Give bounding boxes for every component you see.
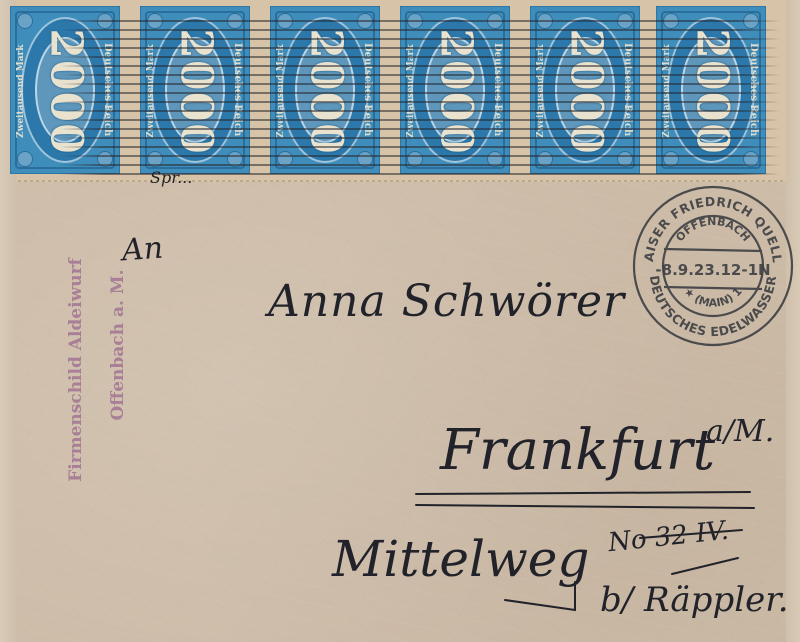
postmark: KAISER FRIEDRICH QUELLE DEUTSCHES EDELWA… <box>630 183 796 349</box>
care-of-line: b/ Räppler. <box>600 580 789 620</box>
salutation: An <box>121 231 164 269</box>
stamp-value: 2000 <box>301 28 352 154</box>
house-number: No 32 IV. <box>607 516 730 558</box>
postal-cover: Deutsches ReichZweitausend Mark2000Deuts… <box>0 0 800 642</box>
postmark-date: -8.9.23.12-1N <box>655 261 770 279</box>
destination-city: Frankfurt <box>440 418 715 483</box>
street-name: Mittelweg <box>332 530 589 588</box>
postage-stamp: Deutsches ReichZweitausend Mark2000 <box>530 6 640 174</box>
postmark-inner-top: OFFENBACH <box>673 215 752 244</box>
handwritten-note-top: Spr... <box>150 168 192 187</box>
postage-stamp: Deutsches ReichZweitausend Mark2000 <box>270 6 380 174</box>
sender-name: Firmenschild Aldeiwurf <box>66 230 86 510</box>
destination-city-suffix: a/M. <box>706 414 774 449</box>
postage-stamp: Deutsches ReichZweitausend Mark2000 <box>400 6 510 174</box>
stamp-value: 2000 <box>561 28 612 154</box>
stamp-value: 2000 <box>431 28 482 154</box>
postage-stamp: Deutsches ReichZweitausend Mark2000 <box>10 6 120 174</box>
recipient-name: Anna Schwörer <box>268 276 625 327</box>
stamp-value: 2000 <box>171 28 222 154</box>
stamp-value: 2000 <box>41 28 92 154</box>
postage-stamp: Deutsches ReichZweitausend Mark2000 <box>140 6 250 174</box>
stamp-value: 2000 <box>687 28 738 154</box>
postage-stamp: Deutsches ReichZweitausend Mark2000 <box>656 6 766 174</box>
sender-handstamp: Firmenschild Aldeiwurf Offenbach a. M. <box>28 240 118 520</box>
